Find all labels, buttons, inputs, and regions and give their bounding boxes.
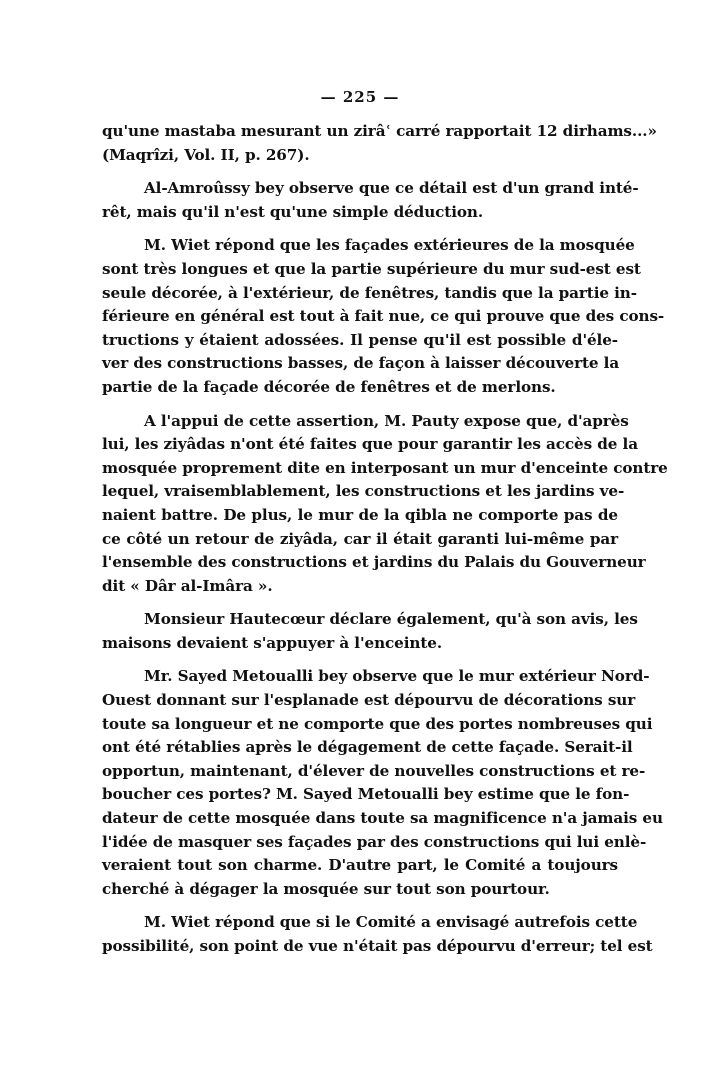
paragraph-wiet-facades: M. Wiet répond que les façades extérieur…: [102, 234, 618, 399]
text-line: mosquée proprement dite en interposant u…: [102, 457, 618, 481]
paragraph-pauty: A l'appui de cette assertion, M. Pauty e…: [102, 410, 618, 599]
text-line: Ouest donnant sur l'esplanade est dépour…: [102, 689, 618, 713]
paragraph-wiet-comite: M. Wiet répond que si le Comité a envisa…: [102, 911, 618, 958]
text-line: ver des constructions basses, de façon à…: [102, 352, 618, 376]
text-line: toute sa longueur et ne comporte que des…: [102, 713, 618, 737]
page-number: — 225 —: [0, 88, 720, 106]
text-line: lui, les ziyâdas n'ont été faites que po…: [102, 433, 618, 457]
text-line: Monsieur Hautecœur déclare également, qu…: [102, 608, 618, 632]
text-line: A l'appui de cette assertion, M. Pauty e…: [102, 410, 618, 434]
text-line: M. Wiet répond que si le Comité a envisa…: [102, 911, 618, 935]
text-line: l'idée de masquer ses façades par des co…: [102, 831, 618, 855]
text-line: M. Wiet répond que les façades extérieur…: [102, 234, 618, 258]
paragraph-hautecoeur: Monsieur Hautecœur déclare également, qu…: [102, 608, 618, 655]
text-line: (Maqrîzi, Vol. II, p. 267).: [102, 144, 618, 168]
text-line: Mr. Sayed Metoualli bey observe que le m…: [102, 665, 618, 689]
text-line: férieure en général est tout à fait nue,…: [102, 305, 618, 329]
text-line: boucher ces portes? M. Sayed Metoualli b…: [102, 783, 618, 807]
text-line: dit « Dâr al-Imâra ».: [102, 575, 618, 599]
paragraph-amroussy: Al-Amroûssy bey observe que ce détail es…: [102, 177, 618, 224]
paragraph-sayed-metoualli: Mr. Sayed Metoualli bey observe que le m…: [102, 665, 618, 901]
paragraph-maqrizi-quote: qu'une mastaba mesurant un zirâʿ carré r…: [102, 120, 618, 167]
text-line: qu'une mastaba mesurant un zirâʿ carré r…: [102, 120, 618, 144]
text-line: opportun, maintenant, d'élever de nouvel…: [102, 760, 618, 784]
text-line: ce côté un retour de ziyâda, car il étai…: [102, 528, 618, 552]
text-line: cherché à dégager la mosquée sur tout so…: [102, 878, 618, 902]
text-line: naient battre. De plus, le mur de la qib…: [102, 504, 618, 528]
text-line: tructions y étaient adossées. Il pense q…: [102, 329, 618, 353]
text-line: ont été rétablies après le dégagement de…: [102, 736, 618, 760]
text-line: maisons devaient s'appuyer à l'enceinte.: [102, 632, 618, 656]
text-line: lequel, vraisemblablement, les construct…: [102, 480, 618, 504]
text-line: l'ensemble des constructions et jardins …: [102, 551, 618, 575]
text-line: seule décorée, à l'extérieur, de fenêtre…: [102, 282, 618, 306]
body-text: qu'une mastaba mesurant un zirâʿ carré r…: [102, 120, 618, 969]
text-line: veraient tout son charme. D'autre part, …: [102, 854, 618, 878]
text-line: rêt, mais qu'il n'est qu'une simple dédu…: [102, 201, 618, 225]
text-line: possibilité, son point de vue n'était pa…: [102, 935, 618, 959]
text-line: dateur de cette mosquée dans toute sa ma…: [102, 807, 618, 831]
text-line: partie de la façade décorée de fenêtres …: [102, 376, 618, 400]
text-line: Al-Amroûssy bey observe que ce détail es…: [102, 177, 618, 201]
text-line: sont très longues et que la partie supér…: [102, 258, 618, 282]
